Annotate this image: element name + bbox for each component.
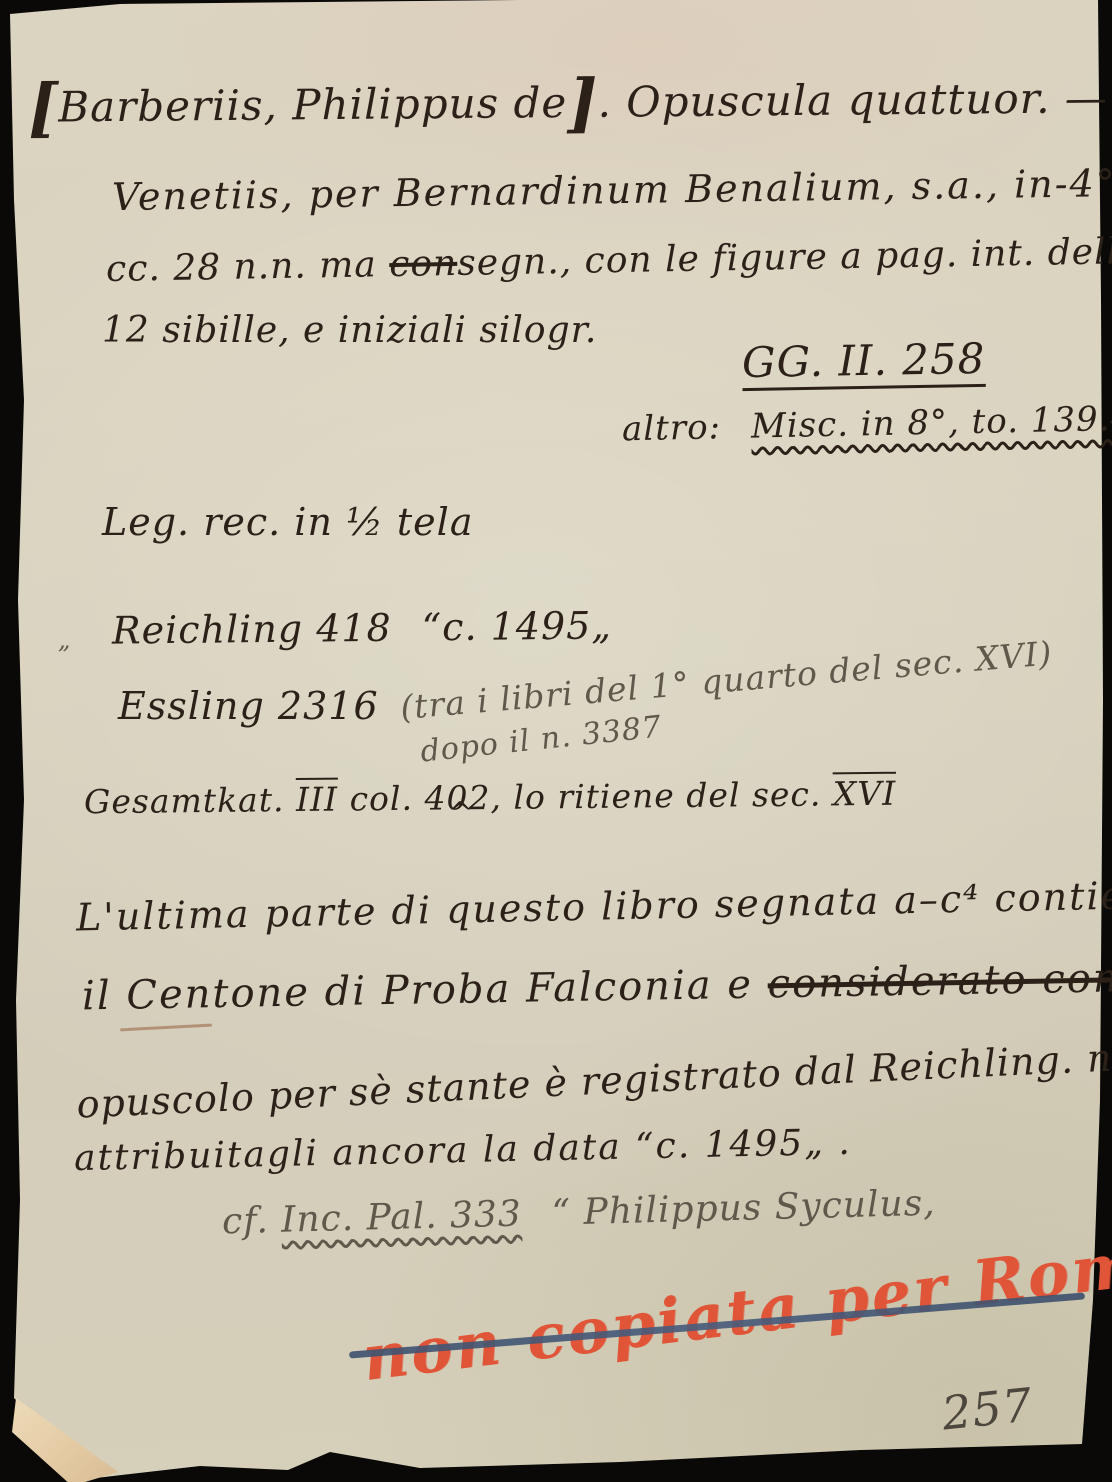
photo-background: [Barberiis, Philippus de]. Opuscula quat… [0, 0, 1112, 1482]
shelfmark-reference: GG. II. 258 [742, 334, 986, 387]
gesamtkat-century: XVI [833, 774, 897, 814]
binding-note: Leg. rec. in ½ tela [102, 500, 473, 544]
altro-reference: Misc. in 8°, to. 139.4 [751, 399, 1112, 447]
struck-word: con [389, 243, 458, 285]
essling-ref: Essling 2316 [118, 684, 379, 728]
margin-mark: „ [58, 626, 71, 654]
cf-reference: Inc. Pal. 333 [281, 1194, 523, 1241]
reichling-date: “c. 1495„ [422, 603, 613, 649]
open-bracket: [ [28, 70, 59, 145]
collation-pre: cc. 28 n.n. ma [106, 244, 390, 290]
cf-label: cf. [222, 1200, 282, 1243]
page-number: 257 [939, 1377, 1035, 1440]
insertion-caret: ^ [448, 796, 474, 831]
reichling-citation: Reichling 418“c. 1495„ [112, 603, 612, 652]
author-name: Barberiis, Philippus de [58, 78, 567, 131]
reichling-ref: Reichling 418 [112, 606, 392, 653]
catalog-heading: [Barberiis, Philippus de]. Opuscula quat… [28, 61, 1108, 145]
altro-label: altro: [622, 407, 722, 449]
collation-line2: 12 sibille, e iniziali silogr. [102, 310, 597, 351]
work-title: . Opuscula quattuor. — [597, 73, 1108, 126]
struck-phrase: considerato come [767, 955, 1112, 1008]
gesamtkat-label: Gesamtkat. [84, 780, 296, 821]
close-bracket: ] [567, 66, 598, 141]
gesamtkat-mid: col. 402, lo ritiene del sec. [338, 774, 833, 818]
gesamtkat-volume: III [296, 780, 339, 819]
